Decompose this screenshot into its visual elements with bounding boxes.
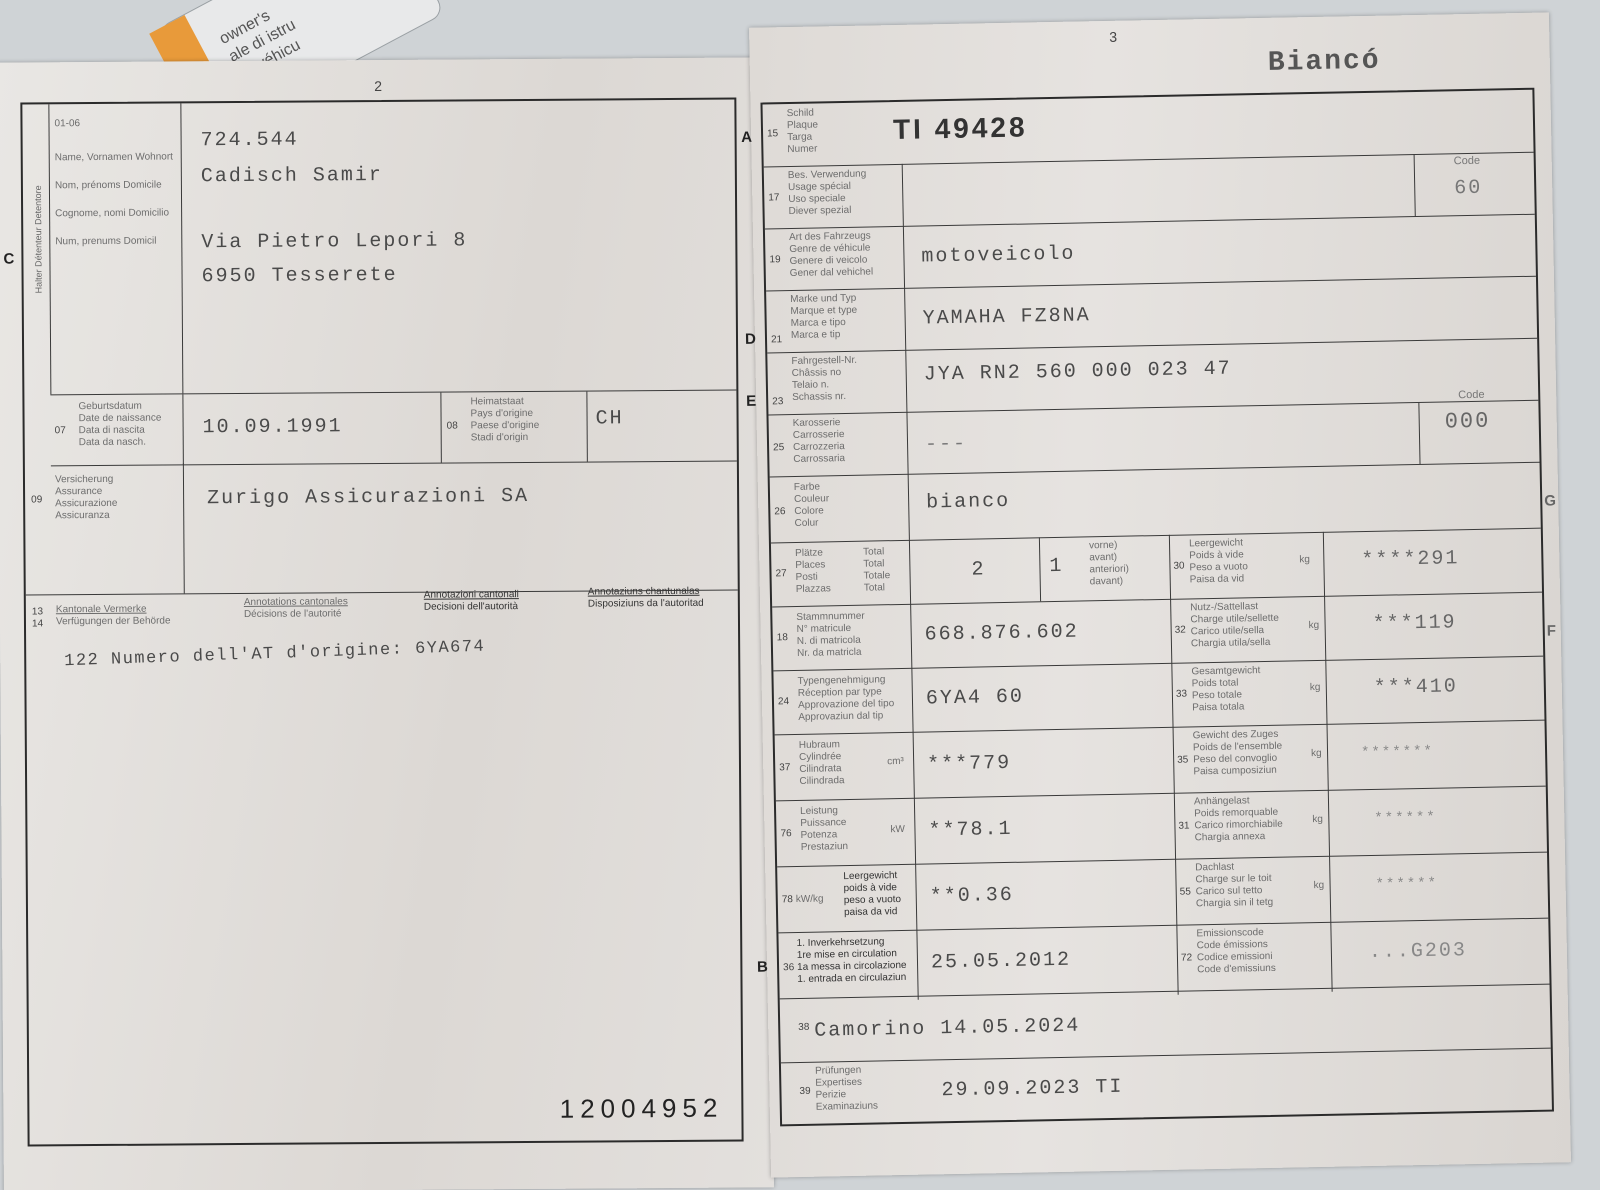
divider (903, 226, 905, 288)
birth-label-it: Data di nascita (79, 424, 179, 437)
payload-field-no: 32 (1175, 625, 1186, 636)
trailer-load-value: ****** (1374, 810, 1437, 827)
body-label-fr: Carrosserie (793, 429, 845, 442)
chassis-labels: Fahrgestell-Nr. Châssis no Telaio n. Sch… (791, 355, 857, 404)
lower-grid: 27 Plätze Places Posti Plazzas Total Tot… (771, 528, 1550, 1003)
holder-id-label: 01-06 (54, 117, 174, 130)
body-label-rm: Carrossaria (793, 453, 845, 466)
power-weight-field-no: 78 (782, 894, 793, 905)
left-page: 2 C Halter Détenteur Detentore 01-06 Nam… (0, 57, 774, 1190)
seats-field-no: 27 (775, 568, 786, 579)
annotation-rm-line2: Disposiziuns da l'autoritad (588, 598, 704, 611)
empty-weight-labels: Leergewicht Poids à vide Peso a vuoto Pa… (1189, 537, 1248, 586)
displacement-value: ***779 (927, 752, 1011, 777)
divider (904, 288, 906, 350)
plate-field-no: 15 (767, 128, 778, 139)
empty-weight-label-it: Peso a vuoto (1189, 561, 1248, 574)
make-model-field-no: 21 (771, 334, 782, 345)
holder-label-de: Name, Vornamen Wohnort (55, 151, 175, 164)
emission-label-rm: Code d'emissiuns (1197, 963, 1276, 977)
trailer-load-labels: Anhängelast Poids remorquable Carico rim… (1194, 795, 1283, 845)
vehicle-type-field-no: 19 (769, 254, 780, 265)
holder-number: 724.544 (201, 129, 299, 153)
annotations-no-a: 13 (32, 606, 43, 617)
special-use-field-no: 17 (768, 192, 779, 203)
power-label-fr: Puissance (800, 817, 847, 830)
inspections-label-rm: Examinaziuns (816, 1101, 878, 1114)
divider (902, 164, 904, 226)
type-approval-label-rm: Approvaziun dal tip (798, 710, 894, 724)
birth-origin-row: 07 Geburtsdatum Date de naissance Data d… (50, 390, 736, 467)
front-label: davant) (1090, 576, 1130, 589)
roof-load-labels: Dachlast Charge sur le toit Carico sul t… (1195, 861, 1273, 910)
holder-label-fr: Nom, prénoms Domicile (55, 179, 175, 192)
total-weight-labels: Gesamtgewicht Poids total Peso totale Pa… (1191, 665, 1261, 714)
divider (906, 412, 908, 474)
unit-kw-kg: kW/kg (796, 894, 824, 907)
divider (908, 474, 910, 540)
birth-labels: Geburtsdatum Date de naissance Data di n… (78, 400, 178, 449)
address-line1: Via Pietro Lepori 8 (201, 229, 467, 254)
section-letter-a: A (741, 129, 752, 146)
annotation-header-de: Kantonale Vermerke Verfügungen der Behör… (56, 603, 171, 628)
birth-label-de: Geburtsdatum (78, 400, 178, 413)
total-label: Total (863, 546, 890, 559)
holder-label-it: Cognome, nomi Domicilio (55, 207, 175, 220)
empty-weight-field-no: 30 (1173, 561, 1184, 572)
power-label-rm: Prestaziun (801, 841, 848, 854)
holder-divider (180, 103, 183, 393)
type-approval-field-no: 24 (778, 696, 789, 707)
section-letter-e: E (746, 393, 756, 410)
annotation-it-line2: Decisioni dell'autorità (424, 601, 519, 614)
power-weight-label-rm: paisa da vid (844, 906, 901, 919)
special-use-label-rm: Diever spezial (788, 205, 867, 219)
plate-label-fr: Plaque (787, 119, 818, 132)
document-number: 12004952 (560, 1093, 724, 1125)
special-use-code: 60 (1454, 177, 1482, 201)
vehicle-type-value: motoveicolo (921, 243, 1075, 269)
inspections-value: 29.09.2023 TI (941, 1076, 1123, 1102)
total-label: Total (863, 558, 890, 571)
insurance-label-it: Assicurazione (55, 497, 175, 510)
origin-country: CH (595, 407, 623, 430)
special-use-label-de: Bes. Verwendung (788, 169, 867, 183)
total-label: Total (864, 582, 891, 595)
unit-kg: kg (1312, 814, 1323, 826)
chassis-field-no: 23 (772, 396, 783, 407)
issue-place-date: Camorino 14.05.2024 (814, 1015, 1080, 1043)
section-letter-d: D (745, 331, 756, 348)
power-labels: Leistung Puissance Potenza Prestaziun (800, 805, 848, 854)
page-number: 3 (1109, 29, 1117, 45)
seats-label-it: Posti (795, 571, 830, 584)
unit-kg: kg (1309, 620, 1320, 632)
inspections-labels: Prüfungen Expertises Perizie Examinaziun… (815, 1065, 878, 1114)
divider (183, 463, 185, 593)
roof-load-value: ****** (1375, 876, 1438, 893)
divider (1039, 537, 1041, 601)
displacement-labels: Hubraum Cylindrée Cilindrata Cilindrada (799, 739, 845, 788)
make-model-value: YAMAHA FZ8NA (922, 304, 1090, 330)
birth-label-rm: Data da nasch. (79, 436, 179, 449)
unit-kg: kg (1311, 748, 1322, 760)
divider (586, 392, 587, 462)
front-label: anteriori) (1089, 564, 1129, 577)
empty-weight-label-rm: Paisa da vid (1190, 573, 1249, 586)
annotation-de-line2: Verfügungen der Behörde (56, 615, 171, 628)
annotation-header-rm: Annotaziuns chantunalas Disposiziuns da … (588, 586, 704, 611)
seats-label-de: Plätze (795, 547, 830, 560)
first-reg-label-rm: 1. entrada en circulaziun (797, 972, 907, 986)
origin-label-it: Paese d'origine (471, 420, 581, 433)
vehicle-type-labels: Art des Fahrzeugs Genre de véhicule Gene… (789, 230, 873, 280)
vehicle-type-label-rm: Gener dal vehichel (790, 266, 874, 280)
origin-label-rm: Stadi d'origin (471, 432, 581, 445)
annotations-no-b: 14 (32, 618, 43, 629)
first-registration-field-no: 36 (783, 962, 794, 973)
inspections-field-no: 39 (799, 1086, 810, 1097)
matriculation-label-rm: Nr. da matricla (797, 647, 866, 660)
total-weight-field-no: 33 (1176, 689, 1187, 700)
payload-label-fr: Charge utile/sellette (1190, 613, 1279, 627)
chassis-label-de: Fahrgestell-Nr. (791, 355, 857, 368)
origin-label-de: Heimatstaat (470, 396, 580, 409)
matriculation-field-no: 18 (777, 632, 788, 643)
matriculation-value: 668.876.602 (925, 621, 1079, 647)
front-label: vorne) (1089, 540, 1129, 553)
annotations-header: 13 14 Kantonale Vermerke Verfügungen der… (26, 596, 738, 641)
plate-number: TI 49428 (893, 111, 1028, 146)
total-weight-label-de: Gesamtgewicht (1191, 665, 1260, 678)
power-field-no: 76 (780, 828, 791, 839)
first-registration-labels: 1. Inverkehrsetzung 1re mise en circulat… (797, 936, 907, 986)
birth-field-no: 07 (55, 425, 66, 436)
address-line2: 6950 Tesserete (201, 264, 397, 288)
birth-date: 10.09.1991 (203, 415, 343, 439)
holder-name: Cadisch Samir (201, 164, 383, 188)
insurance-company: Zurigo Assicurazioni SA (207, 485, 529, 510)
power-weight-label-it: peso a vuoto (844, 894, 901, 907)
matriculation-label-de: Stammnummer (796, 611, 865, 624)
seats-total-labels: Total Total Totale Total (863, 546, 891, 595)
matriculation-labels: Stammnummer N° matricule N. di matricola… (796, 611, 865, 660)
power-weight-label-de: Leergewicht (843, 870, 900, 883)
insurance-labels: Versicherung Assurance Assicurazione Ass… (55, 473, 175, 522)
roof-load-field-no: 55 (1180, 886, 1191, 897)
power-weight-value: **0.36 (930, 884, 1014, 909)
origin-field-no: 08 (447, 420, 458, 431)
insurance-row: 09 Versicherung Assurance Assicurazione … (25, 460, 738, 596)
trailer-load-label-it: Carico rimorchiabile (1194, 819, 1283, 833)
first-registration-value: 25.05.2012 (931, 949, 1071, 975)
power-label-de: Leistung (800, 805, 847, 818)
color-label-fr: Couleur (794, 493, 829, 506)
trailer-load-field-no: 31 (1178, 820, 1189, 831)
annotation-it-line1: Annotazioni cantonali (424, 589, 519, 602)
insurance-label-fr: Assurance (55, 485, 175, 498)
section-letter-b: B (757, 959, 768, 976)
displacement-label-it: Cilindrata (799, 763, 844, 776)
color-label-rm: Colur (794, 517, 829, 530)
make-model-label-fr: Marque et type (790, 305, 857, 318)
type-approval-value: 6YA4 60 (926, 686, 1024, 711)
unit-kg: kg (1299, 554, 1310, 566)
color-value: bianco (926, 490, 1010, 515)
origin-label-fr: Pays d'origine (470, 408, 580, 421)
body-label-de: Karosserie (793, 417, 845, 430)
code-label: Code (1458, 389, 1485, 402)
roof-load-label-rm: Chargia sin il tetg (1196, 897, 1273, 910)
side-mark-f: F (1547, 622, 1556, 639)
emission-code-field-no: 72 (1181, 952, 1192, 963)
divider (182, 394, 183, 464)
power-weight-label-fr: poids à vide (843, 882, 900, 895)
side-mark-g: G (1544, 492, 1556, 509)
divider (1414, 154, 1416, 216)
trailer-load-label-rm: Chargia annexa (1195, 831, 1284, 845)
unit-kg: kg (1314, 880, 1325, 892)
annotation-rm-line1: Annotaziuns chantunalas (588, 586, 704, 599)
plate-labels: Schild Plaque Targa Numer (787, 107, 819, 156)
make-model-labels: Marke und Typ Marque et type Marca e tip… (790, 293, 858, 342)
empty-weight-value: ****291 (1361, 547, 1459, 572)
train-weight-field-no: 35 (1177, 754, 1188, 765)
front-labels: vorne) avant) anteriori) davant) (1089, 540, 1129, 589)
body-labels: Karosserie Carrosserie Carrozzeria Carro… (793, 417, 846, 466)
displacement-field-no: 37 (779, 762, 790, 773)
train-weight-value: ******* (1361, 744, 1434, 761)
total-weight-value: ***410 (1374, 675, 1458, 700)
color-label-de: Farbe (794, 481, 829, 494)
header-color-stamp: Biancó (1268, 46, 1381, 79)
emission-code-labels: Emissionscode Code émissions Codice emis… (1196, 927, 1276, 977)
seats-front: 1 (1049, 555, 1063, 578)
displacement-label-fr: Cylindrée (799, 751, 844, 764)
body-label-it: Carrozzeria (793, 441, 845, 454)
insurance-label-rm: Assicuranza (55, 509, 175, 522)
annotation-fr-line2: Décisions de l'autorité (244, 608, 348, 621)
displacement-label-de: Hubraum (799, 739, 844, 752)
right-page: 3 Biancó A 15 Schild Plaque Targa Numer … (749, 12, 1571, 1177)
power-value: **78.1 (928, 818, 1012, 843)
page-number: 2 (374, 78, 382, 94)
plate-label-rm: Numer (787, 143, 818, 156)
chassis-value: JYA RN2 560 000 023 47 (924, 358, 1232, 387)
make-model-label-rm: Marca e tip (791, 329, 858, 342)
origin-labels: Heimatstaat Pays d'origine Paese d'origi… (470, 396, 580, 445)
body-code: 000 (1444, 409, 1490, 435)
vehicle-frame: A 15 Schild Plaque Targa Numer TI 49428 … (760, 88, 1554, 1127)
power-label-it: Potenza (800, 829, 847, 842)
color-labels: Farbe Couleur Colore Colur (794, 481, 830, 530)
annotation-header-fr: Annotations cantonales Décisions de l'au… (244, 596, 348, 621)
empty-weight-label-de: Leergewicht (1189, 537, 1248, 550)
seats-label-fr: Places (795, 559, 830, 572)
annotation-fr-line1: Annotations cantonales (244, 596, 348, 609)
unit-kw: kW (890, 824, 905, 836)
row-first-registration: B 36 1. Inverkehrsetzung 1re mise en cir… (778, 918, 1549, 1000)
unit-kg: kg (1310, 682, 1321, 694)
section-letter-c: C (3, 251, 14, 268)
plate-label-it: Targa (787, 131, 818, 144)
chassis-label-rm: Schassis nr. (792, 391, 858, 404)
seats-label-rm: Plazzas (796, 583, 831, 596)
holder-frame: Halter Détenteur Detentore 01-06 Name, V… (20, 98, 743, 1147)
payload-value: ***119 (1372, 611, 1456, 636)
annotation-de-line1: Kantonale Vermerke (56, 603, 171, 616)
total-label: Totale (863, 570, 890, 583)
divider (440, 393, 441, 463)
seats-total: 2 (971, 558, 985, 581)
color-field-no: 26 (774, 506, 785, 517)
train-weight-labels: Gewicht des Zuges Poids de l'ensemble Pe… (1193, 729, 1283, 779)
body-field-no: 25 (773, 442, 784, 453)
plate-label-de: Schild (787, 107, 818, 120)
holder-vertical-strip: Halter Détenteur Detentore (22, 104, 51, 394)
code-label: Code (1454, 155, 1481, 168)
payload-label-rm: Chargia utila/sella (1191, 637, 1280, 651)
birth-label-fr: Date de naissance (79, 412, 179, 425)
holder-labels: 01-06 Name, Vornamen Wohnort Nom, prénom… (54, 117, 175, 248)
issue-field-no: 38 (798, 1022, 809, 1033)
total-weight-label-rm: Paisa totala (1192, 701, 1261, 714)
special-use-labels: Bes. Verwendung Usage spécial Uso specia… (788, 169, 867, 218)
holder-label-rm: Num, prenums Domicil (55, 235, 175, 248)
divider (905, 350, 907, 412)
emission-code-value: ...G203 (1369, 939, 1467, 964)
annotation-entry: 122 Numero dell'AT d'origine: 6YA674 (64, 638, 486, 672)
front-label: avant) (1089, 552, 1129, 565)
divider (1418, 402, 1420, 464)
seats-labels: Plätze Places Posti Plazzas (795, 547, 831, 596)
type-approval-labels: Typengenehmigung Réception par type Appr… (797, 674, 894, 724)
train-weight-label-rm: Paisa cumposiziun (1193, 765, 1282, 779)
insurance-label-de: Versicherung (55, 473, 175, 486)
annotation-header-it: Annotazioni cantonali Decisioni dell'aut… (424, 589, 519, 614)
color-label-it: Colore (794, 505, 829, 518)
power-weight-labels: Leergewicht poids à vide peso a vuoto pa… (843, 870, 901, 919)
holder-vertical-label: Halter Détenteur Detentore (33, 164, 44, 314)
insurance-field-no: 09 (31, 494, 42, 505)
empty-weight-label-fr: Poids à vide (1189, 549, 1248, 562)
unit-cm3: cm³ (887, 756, 904, 768)
body-value: --- (925, 433, 967, 457)
displacement-label-rm: Cilindrada (799, 775, 844, 788)
payload-labels: Nutz-/Sattellast Charge utile/sellette C… (1190, 601, 1279, 651)
